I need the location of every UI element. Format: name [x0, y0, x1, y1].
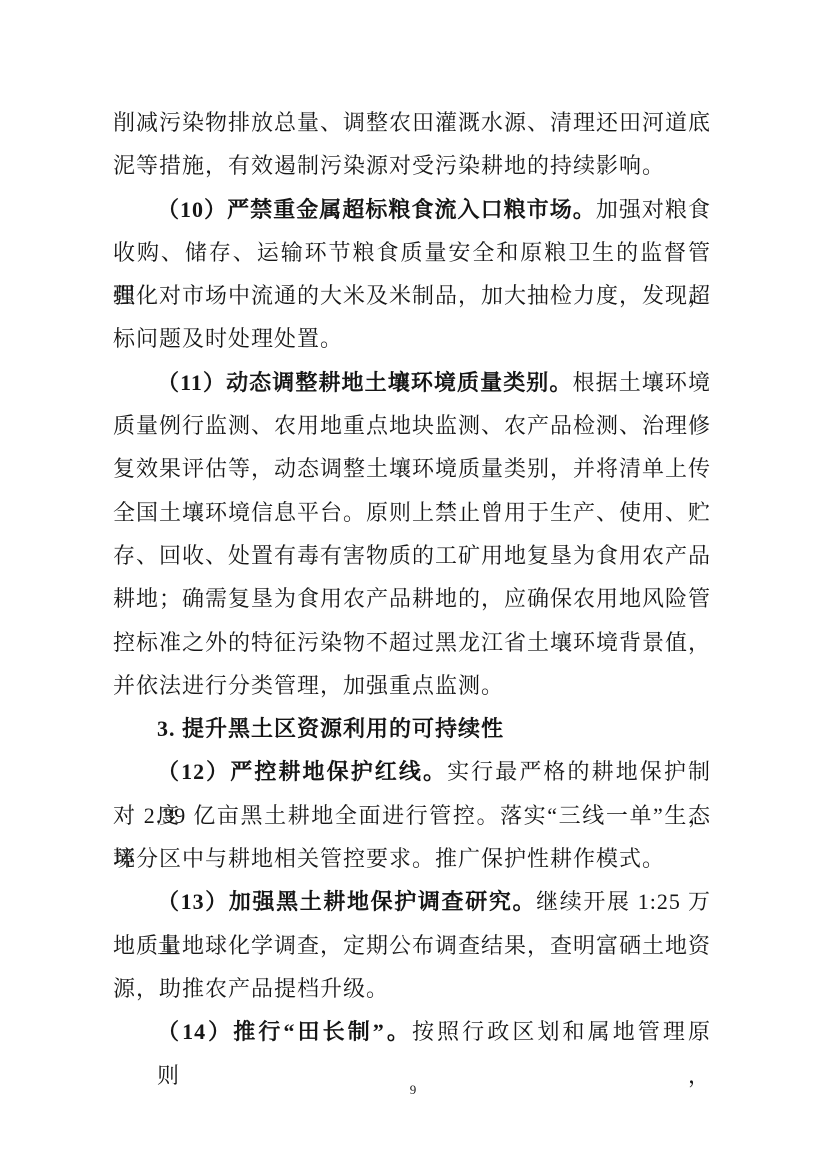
text-line: 全国土壤环境信息平台。原则上禁止曾用于生产、使用、贮 — [113, 491, 711, 534]
bold-text-run: （12）严控耕地保护红线。 — [157, 759, 447, 784]
text-run: 复效果评估等，动态调整土壤环境质量类别，并将清单上传 — [113, 456, 711, 481]
text-run: 全国土壤环境信息平台。原则上禁止曾用于生产、使用、贮 — [113, 500, 711, 525]
text-line: 对 2.39 亿亩黑土耕地全面进行管控。落实“三线一单”生态环 — [113, 794, 711, 837]
text-run: 源，助推农产品提档升级。 — [113, 976, 389, 1001]
text-line: （10）严禁重金属超标粮食流入口粮市场。加强对粮食 — [113, 188, 711, 231]
text-line: 地质量地球化学调查，定期公布调查结果，查明富硒土地资 — [113, 924, 711, 967]
bold-text-run: （11）动态调整耕地土壤环境质量类别。 — [157, 370, 573, 395]
text-line: 标问题及时处理处置。 — [113, 317, 711, 360]
bold-text-run: （10）严禁重金属超标粮食流入口粮市场。 — [157, 197, 596, 222]
text-line: 质量例行监测、农用地重点地块监测、农产品检测、治理修 — [113, 404, 711, 447]
text-line: 源，助推农产品提档升级。 — [113, 967, 711, 1010]
text-run: 加强对粮食 — [596, 197, 711, 222]
text-run: 耕地；确需复垦为食用农产品耕地的，应确保农用地风险管 — [113, 586, 711, 611]
text-line: 并依法进行分类管理，加强重点监测。 — [113, 664, 711, 707]
text-line: （13）加强黑土耕地保护调查研究。继续开展 1:25 万土 — [113, 880, 711, 923]
text-line: （11）动态调整耕地土壤环境质量类别。根据土壤环境 — [113, 361, 711, 404]
text-line: 收购、储存、运输环节粮食质量安全和原粮卫生的监督管理， — [113, 231, 711, 274]
text-line: 存、回收、处置有毒有害物质的工矿用地复垦为食用农产品 — [113, 534, 711, 577]
text-run: 强化对市场中流通的大米及米制品，加大抽检力度，发现超 — [113, 283, 711, 308]
text-run: 地质量地球化学调查，定期公布调查结果，查明富硒土地资 — [113, 933, 711, 958]
text-line: 复效果评估等，动态调整土壤环境质量类别，并将清单上传 — [113, 447, 711, 490]
text-run: 标问题及时处理处置。 — [113, 326, 343, 351]
text-run: 削减污染物排放总量、调整农田灌溉水源、清理还田河道底 — [113, 110, 711, 135]
text-line: 削减污染物排放总量、调整农田灌溉水源、清理还田河道底 — [113, 101, 711, 144]
text-run: 存、回收、处置有毒有害物质的工矿用地复垦为食用农产品 — [113, 543, 711, 568]
text-run: 境分区中与耕地相关管控要求。推广保护性耕作模式。 — [113, 846, 665, 871]
text-line: 耕地；确需复垦为食用农产品耕地的，应确保农用地风险管 — [113, 577, 711, 620]
bold-text-run: （13）加强黑土耕地保护调查研究。 — [157, 889, 536, 914]
text-run: 并依法进行分类管理，加强重点监测。 — [113, 673, 504, 698]
bold-text-run: 3. 提升黑土区资源利用的可持续性 — [157, 716, 504, 741]
document-page: 削减污染物排放总量、调整农田灌溉水源、清理还田河道底泥等措施，有效遏制污染源对受… — [0, 0, 826, 1169]
text-line: 境分区中与耕地相关管控要求。推广保护性耕作模式。 — [113, 837, 711, 880]
section-heading-line: 3. 提升黑土区资源利用的可持续性 — [113, 707, 711, 750]
document-body: 削减污染物排放总量、调整农田灌溉水源、清理还田河道底泥等措施，有效遏制污染源对受… — [113, 101, 711, 1054]
text-run: 泥等措施，有效遏制污染源对受污染耕地的持续影响。 — [113, 153, 665, 178]
text-line: 强化对市场中流通的大米及米制品，加大抽检力度，发现超 — [113, 274, 711, 317]
text-run: 控标准之外的特征污染物不超过黑龙江省土壤环境背景值， — [113, 630, 711, 655]
bold-text-run: （14）推行“田长制”。 — [157, 1019, 412, 1044]
text-run: 质量例行监测、农用地重点地块监测、农产品检测、治理修 — [113, 413, 711, 438]
page-footer: 9 — [0, 1080, 826, 1100]
text-line: （12）严控耕地保护红线。实行最严格的耕地保护制度， — [113, 750, 711, 793]
page-number: 9 — [410, 1082, 417, 1097]
text-line: 控标准之外的特征污染物不超过黑龙江省土壤环境背景值， — [113, 621, 711, 664]
text-line: （14）推行“田长制”。按照行政区划和属地管理原则， — [113, 1010, 711, 1053]
text-run: 根据土壤环境 — [573, 370, 711, 395]
text-line: 泥等措施，有效遏制污染源对受污染耕地的持续影响。 — [113, 144, 711, 187]
